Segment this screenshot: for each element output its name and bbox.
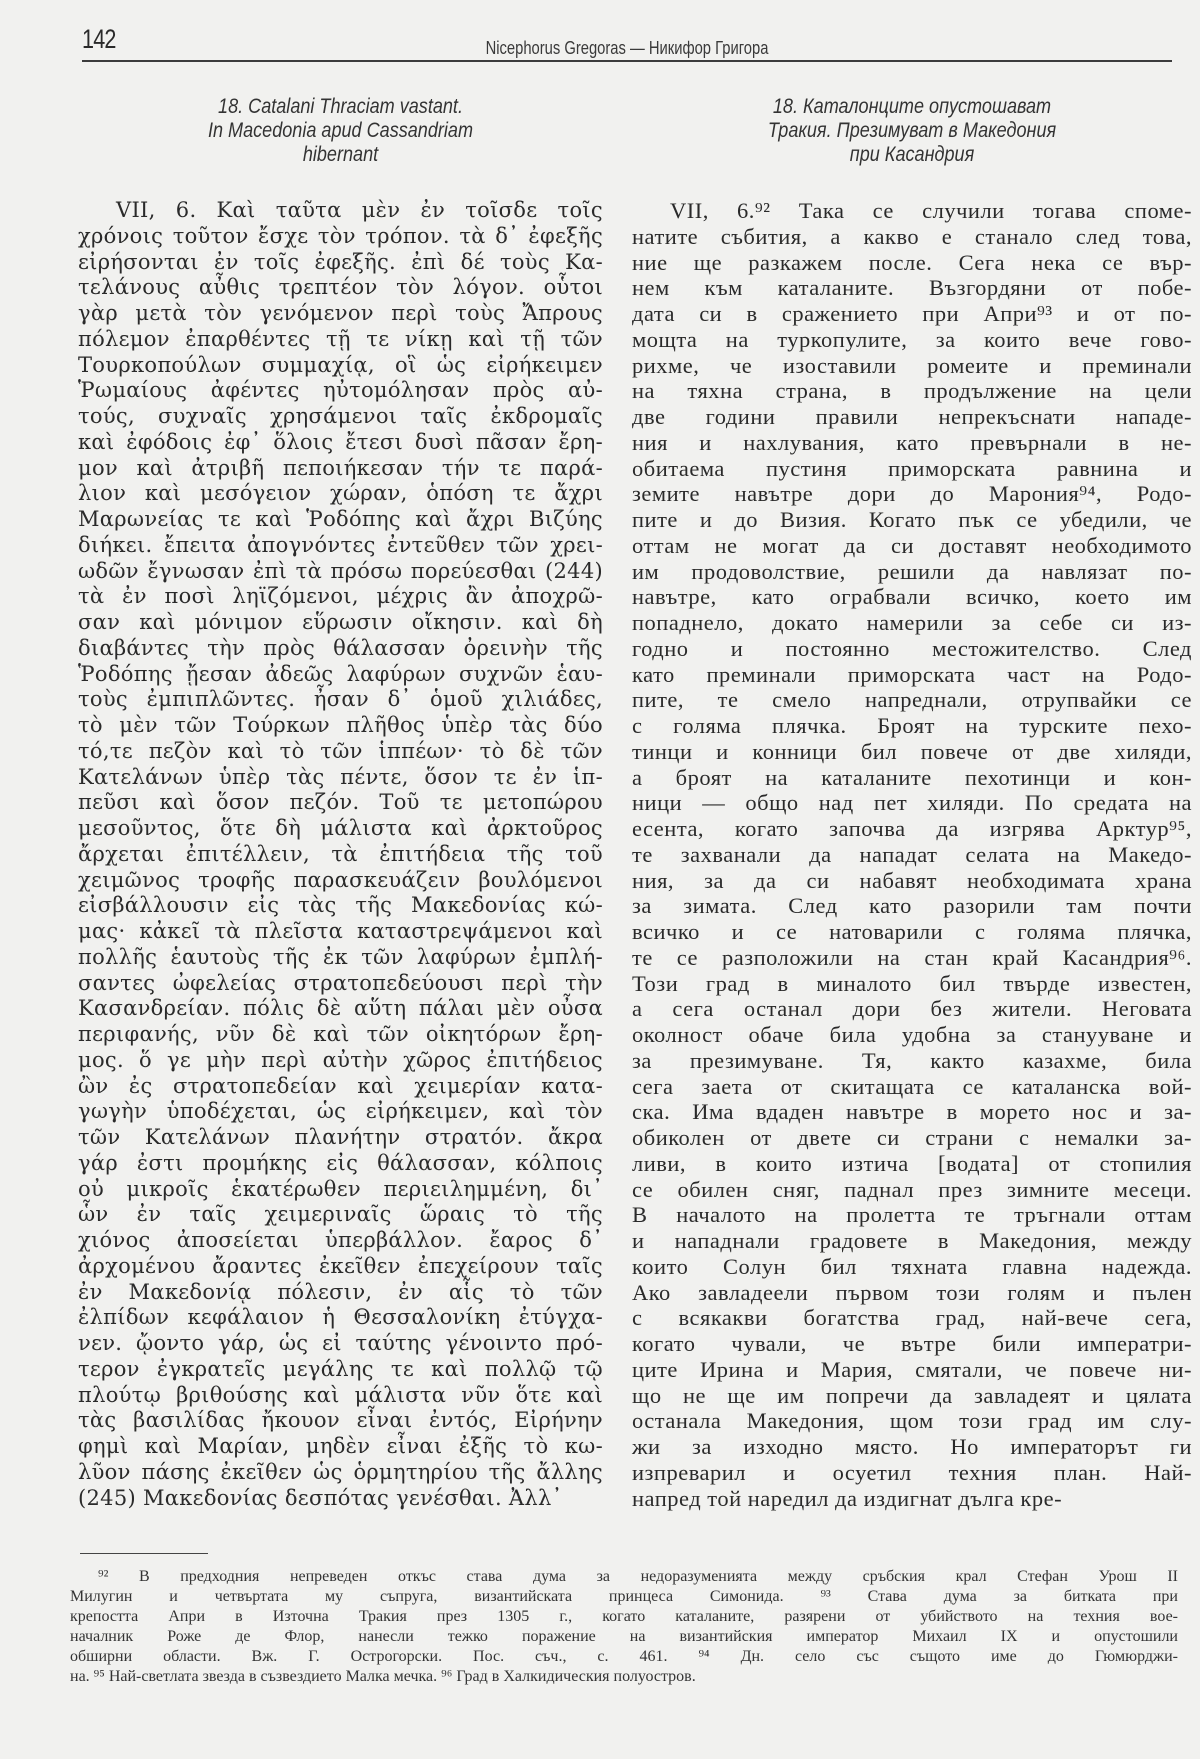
text-line: дата си в сражението при Апри⁹³ и от по- (632, 301, 1192, 327)
text-line: σαντες ὠφελείας στρατοπεδεύουσι περὶ τὴν (78, 971, 603, 997)
text-line: Ῥοδόπης ᾔεσαν ἀδεῶς λαφύρων συχνῶν ἑαυ- (78, 662, 603, 688)
bulgarian-column: 18. Каталонците опустошават Тракия. През… (632, 95, 1192, 1511)
text-line: две години правили непрекъснати нападе- (632, 404, 1192, 430)
text-line: τερον ἐγκρατεῖς μεγάλης τε καὶ πολλῷ τῷ (78, 1357, 603, 1383)
running-title: Nicephorus Gregoras — Никифор Григора (180, 38, 1074, 59)
book-page: 142 Nicephorus Gregoras — Никифор Григор… (0, 0, 1200, 1759)
text-line: жи за изходно място. Но императорът ги (632, 1434, 1192, 1460)
text-line: ска. Има вдаден навътре в морето нос и з… (632, 1099, 1192, 1125)
text-line: καὶ ἐφόδοις ἐφ᾽ ὅλοις ἔτεσι δυσὶ πᾶσαν ἔ… (78, 430, 603, 456)
text-line: (245) Μακεδονίας δεσπότας γενέσθαι. Ἀλλ᾽ (78, 1486, 603, 1512)
text-line: пите и до Визия. Когато пък се убедили, … (632, 507, 1192, 533)
text-line: Μαρωνείας τε καὶ Ῥοδόπης καὶ ἄχρι Βιζύης (78, 507, 603, 533)
text-line: σαν καὶ μόνιμον εὕρωσιν οἴκησιν. καὶ δὴ (78, 610, 603, 636)
text-line: VII, 6. Καὶ ταῦτα μὲν ἐν τοῖσδε τοῖς (78, 198, 603, 224)
text-line: τοὺς ἐμπιπλῶντες. ἦσαν δ᾽ ὁμοῦ χιλιάδες, (78, 687, 603, 713)
text-line: διαβάντες τὴν πρὸς θάλασσαν ὀρεινὴν τῆς (78, 636, 603, 662)
text-line: μας· κἀκεῖ τὰ πλεῖστα καταστρεψάμενοι κα… (78, 919, 603, 945)
text-line: натите събития, а какво е станало след т… (632, 224, 1192, 250)
text-line: τούς, συχναῖς χρησάμενοι ταῖς ἐκδρομαῖς (78, 404, 603, 430)
text-line: τὰ ἐν ποσὶ ληϊζόμενοι, μέχρις ἂν ἀποχρῶ- (78, 584, 603, 610)
text-line: им продоволствие, решили да навлязат по- (632, 559, 1192, 585)
text-line: те се разположили на стан край Касандрия… (632, 945, 1192, 971)
text-line: на тяхна страна, в продължение на цели (632, 378, 1192, 404)
text-line: за презимуване. Тя, както казахме, била (632, 1048, 1192, 1074)
text-line: навътре, като ограбвали всичко, което им (632, 584, 1192, 610)
text-line: φημὶ καὶ Μαρίαν, μηδὲν εἶναι ἐξῆς τὸ κω- (78, 1434, 603, 1460)
text-line: изпреварил и осуетил техния план. Най- (632, 1460, 1192, 1486)
text-line: Τουρκοπούλων συμμαχίᾳ, οἳ ὡς εἰρήκειμεν (78, 353, 603, 379)
text-line: В началото на пролетта те тръгнали оттам (632, 1202, 1192, 1228)
text-line: Този град в миналото бил твърде известен… (632, 971, 1192, 997)
heading-line: при Касандрия (671, 143, 1153, 167)
heading-line: In Macedonia apud Cassandriam (115, 119, 567, 143)
greek-column: 18. Catalani Thraciam vastant. In Macedo… (78, 95, 603, 1511)
text-line: за зимата. След като разорили там почти (632, 893, 1192, 919)
text-line: рихме, че изоставили ромеите и преминали (632, 353, 1192, 379)
text-line: Ако завладеели първом този голям и пълен (632, 1280, 1192, 1306)
heading-line: Тракия. Презимуват в Македония (671, 119, 1153, 143)
text-line: ния, за да си набавят необходимата храна (632, 868, 1192, 894)
text-line: се обилен сняг, паднал през зимните месе… (632, 1177, 1192, 1203)
text-line: πολλῆς ἑαυτοὺς τῆς ἐκ τῶν λαφύρων ἐμπλή- (78, 945, 603, 971)
text-line: ἀρχομένου ἄραντες ἐκεῖθεν ἐπεχείρουν ταῖ… (78, 1254, 603, 1280)
text-line: ници — общо над пет хиляди. По средата н… (632, 790, 1192, 816)
text-line: останала Македония, щом този град им слу… (632, 1408, 1192, 1434)
text-line: обиколен от двете си страни с немалки за… (632, 1125, 1192, 1151)
text-line: ὢν ἐς στρατοπεδείαν καὶ χειμερίαν κατα- (78, 1074, 603, 1100)
text-line: VII, 6.⁹² Така се случили тогава споме- (632, 198, 1192, 224)
text-line: те захванали да нападат селата на Македо… (632, 842, 1192, 868)
text-line: εἰσβάλλουσιν εἰς τὰς τῆς Μακεδονίας κώ- (78, 893, 603, 919)
text-line: Ῥωμαίους ἀφέντες ηὐτομόλησαν πρὸς αὐ- (78, 378, 603, 404)
text-line: а сега останал дори без жители. Неговата (632, 996, 1192, 1022)
text-line: γωγὴν ὑποδέχεται, ὡς εἰρήκειμεν, καὶ τὸν (78, 1099, 603, 1125)
bulgarian-section-heading: 18. Каталонците опустошават Тракия. През… (671, 95, 1153, 175)
text-line: μον καὶ ἀτριβῆ πεποιήκεσαν τήν τε παρά- (78, 456, 603, 482)
text-line: с всякакви богатства град, най-вече сега… (632, 1305, 1192, 1331)
text-line: πόλεμον ἐπαρθέντες τῇ τε νίκῃ καὶ τῇ τῶν (78, 327, 603, 353)
text-line: земите навътре дори до Марония⁹⁴, Родо- (632, 481, 1192, 507)
text-line: τὸ μὲν τῶν Τούρκων πλῆθος ὑπὲρ τὰς δύο (78, 713, 603, 739)
text-line: πλούτῳ βριθούσης καὶ μάλιστα νῦν ὅτε καὶ (78, 1383, 603, 1409)
text-line: ωδῶν ἔγνωσαν ἐπὶ τὰ πρόσω πορεύεσθαι (24… (78, 559, 603, 585)
text-line: напред той наредил да издигнат дълга кре… (632, 1486, 1192, 1512)
text-line: мощта на туркопулите, за които вече гово… (632, 327, 1192, 353)
header-rule (82, 60, 1172, 62)
text-line: νεν. ᾤοντο γάρ, ὡς εἰ ταύτης γένοιντο πρ… (78, 1331, 603, 1357)
text-line: χιόνος ἀποσείεται ὑπερβάλλον. ἔαρος δ᾽ (78, 1228, 603, 1254)
text-line: περιφανής, νῦν δὲ καὶ τῶν οἰκητόρων ἔρη- (78, 1022, 603, 1048)
text-line: τό,τε πεζὸν καὶ τὸ τῶν ἱππέων· τὸ δὲ τῶν (78, 739, 603, 765)
text-line: μεσοῦντος, ὅτε δὴ μάλιστα καὶ ἀρκτοῦρος (78, 816, 603, 842)
text-line: есента, когато започва да изгрява Арктур… (632, 816, 1192, 842)
text-line: ците Ирина и Мария, смятали, че повече н… (632, 1357, 1192, 1383)
text-line: а броят на каталаните пехотинци и кон- (632, 765, 1192, 791)
text-line: οὐ μικροῖς ἑκατέρωθεν περιειλημμένη, δι᾽ (78, 1177, 603, 1203)
text-line: τῶν Κατελάνων πλανήτην στρατόν. ἄκρα (78, 1125, 603, 1151)
text-line: χρόνοις τοῦτον ἔσχε τὸν τρόπον. τὰ δ᾽ ἐφ… (78, 224, 603, 250)
text-line: всичко и се натоварили с голяма плячка, (632, 919, 1192, 945)
text-line: попаднело, докато намерили за себе си из… (632, 610, 1192, 636)
text-line: пите, те смело напреднали, отрупвайки се (632, 687, 1192, 713)
footnote-line: на. ⁹⁵ Най-светлата звезда в съзвездието… (70, 1667, 1178, 1687)
text-line: с голяма плячка. Броят на турските пехо- (632, 713, 1192, 739)
text-line: γάρ ἐστι προμήκης εἰς θάλασσαν, κόλποις (78, 1151, 603, 1177)
text-line: ния и нахлувания, като превърнали в не- (632, 430, 1192, 456)
text-line: Κατελάνων ὑπὲρ τὰς πέντε, ὅσον τε ἐν ἱπ- (78, 765, 603, 791)
text-line: Κασανδρείαν. πόλις δὲ αὕτη πάλαι μὲν οὖσ… (78, 996, 603, 1022)
greek-text-body: VII, 6. Καὶ ταῦτα μὲν ἐν τοῖσδε τοῖςχρόν… (78, 198, 603, 1511)
text-line: τελάνους αὖθις τρεπτέον τὸν λόγον. οὗτοι (78, 275, 603, 301)
footnotes: ⁹² В предходния непреведен откъс става д… (70, 1567, 1178, 1687)
footnote-line: Милугин и четвъртата му съпруга, византи… (70, 1587, 1178, 1607)
text-line: λῦον πάσης ἐκεῖθεν ὡς ὁρμητηρίου τῆς ἄλλ… (78, 1460, 603, 1486)
heading-line: 18. Каталонците опустошават (671, 95, 1153, 119)
text-line: като преминали приморската част на Родо- (632, 662, 1192, 688)
text-line: ἐν Μακεδονίᾳ πόλεσιν, ἐν αἷς τὸ τῶν (78, 1280, 603, 1306)
footnote-line: крепостта Апри в Източна Тракия през 130… (70, 1607, 1178, 1627)
footnote-line: обширни области. Вж. Г. Острогорски. Пос… (70, 1647, 1178, 1667)
text-line: ἄρχεται ἐπιτέλλειν, τὰ ἐπιτήδεια τῆς τοῦ (78, 842, 603, 868)
page-number: 142 (82, 24, 116, 55)
text-line: χειμῶνος τροφῆς παρασκευάζειν βουλόμενοι (78, 868, 603, 894)
bulgarian-text-body: VII, 6.⁹² Така се случили тогава споме-н… (632, 198, 1192, 1511)
text-line: сега заета от скитащата се каталанска во… (632, 1074, 1192, 1100)
text-line: и нападнали градовете в Македония, между (632, 1228, 1192, 1254)
text-line: що не ще им попречи да завладеят и цялат… (632, 1383, 1192, 1409)
footnote-line: началник Роже де Флор, нанесли тежко пор… (70, 1627, 1178, 1647)
text-line: γὰρ μετὰ τὸν γενόμενον περὶ τοὺς Ἄπρους (78, 301, 603, 327)
text-line: нем към каталаните. Възгордяни от побе- (632, 275, 1192, 301)
text-line: околност обаче била удобна за станууване… (632, 1022, 1192, 1048)
text-line: които Солун бил тяхната главна надежда. (632, 1254, 1192, 1280)
heading-line: hibernant (115, 143, 567, 167)
text-line: πεῦσι καὶ ὅσον πεζόν. Τοῦ τε μετοπώρου (78, 790, 603, 816)
text-line: τὰς βασιλίδας ἤκουον εἶναι ἐντός, Εἰρήνη… (78, 1408, 603, 1434)
text-line: оттам не могат да си доставят необходимо… (632, 533, 1192, 559)
footnote-rule (80, 1553, 208, 1554)
running-head: 142 Nicephorus Gregoras — Никифор Григор… (82, 24, 1172, 64)
text-line: μος. ὅ γε μὴν περὶ αὐτὴν χῶρος ἐπιτήδειο… (78, 1048, 603, 1074)
text-line: εἰρήσονται ἐν τοῖς ἐφεξῆς. ἐπὶ δέ τοὺς Κ… (78, 250, 603, 276)
text-line: διήκει. ἔπειτα ἀπογνόντες ἐντεῦθεν τῶν χ… (78, 533, 603, 559)
text-line: обитаема пустиня приморската равнина и (632, 456, 1192, 482)
text-line: ливи, в които изтича [водата] от стопили… (632, 1151, 1192, 1177)
text-line: ὧν ἐν ταῖς χειμεριναῖς ὥραις τὸ τῆς (78, 1202, 603, 1228)
text-line: ние ще разкажем после. Сега нека се вър- (632, 250, 1192, 276)
latin-section-heading: 18. Catalani Thraciam vastant. In Macedo… (115, 95, 567, 175)
text-line: тинци и конници бил повече от две хиляди… (632, 739, 1192, 765)
text-line: годно и постоянно местожителство. След (632, 636, 1192, 662)
heading-line: 18. Catalani Thraciam vastant. (115, 95, 567, 119)
text-line: ἐλπίδων κεφάλαιον ἡ Θεσσαλονίκη ἐτύγχα- (78, 1305, 603, 1331)
text-line: когато чували, че вътре били императри- (632, 1331, 1192, 1357)
text-line: λιον καὶ μεσόγειον χώραν, ὁπόση τε ἄχρι (78, 481, 603, 507)
footnote-line: ⁹² В предходния непреведен откъс става д… (70, 1567, 1178, 1587)
